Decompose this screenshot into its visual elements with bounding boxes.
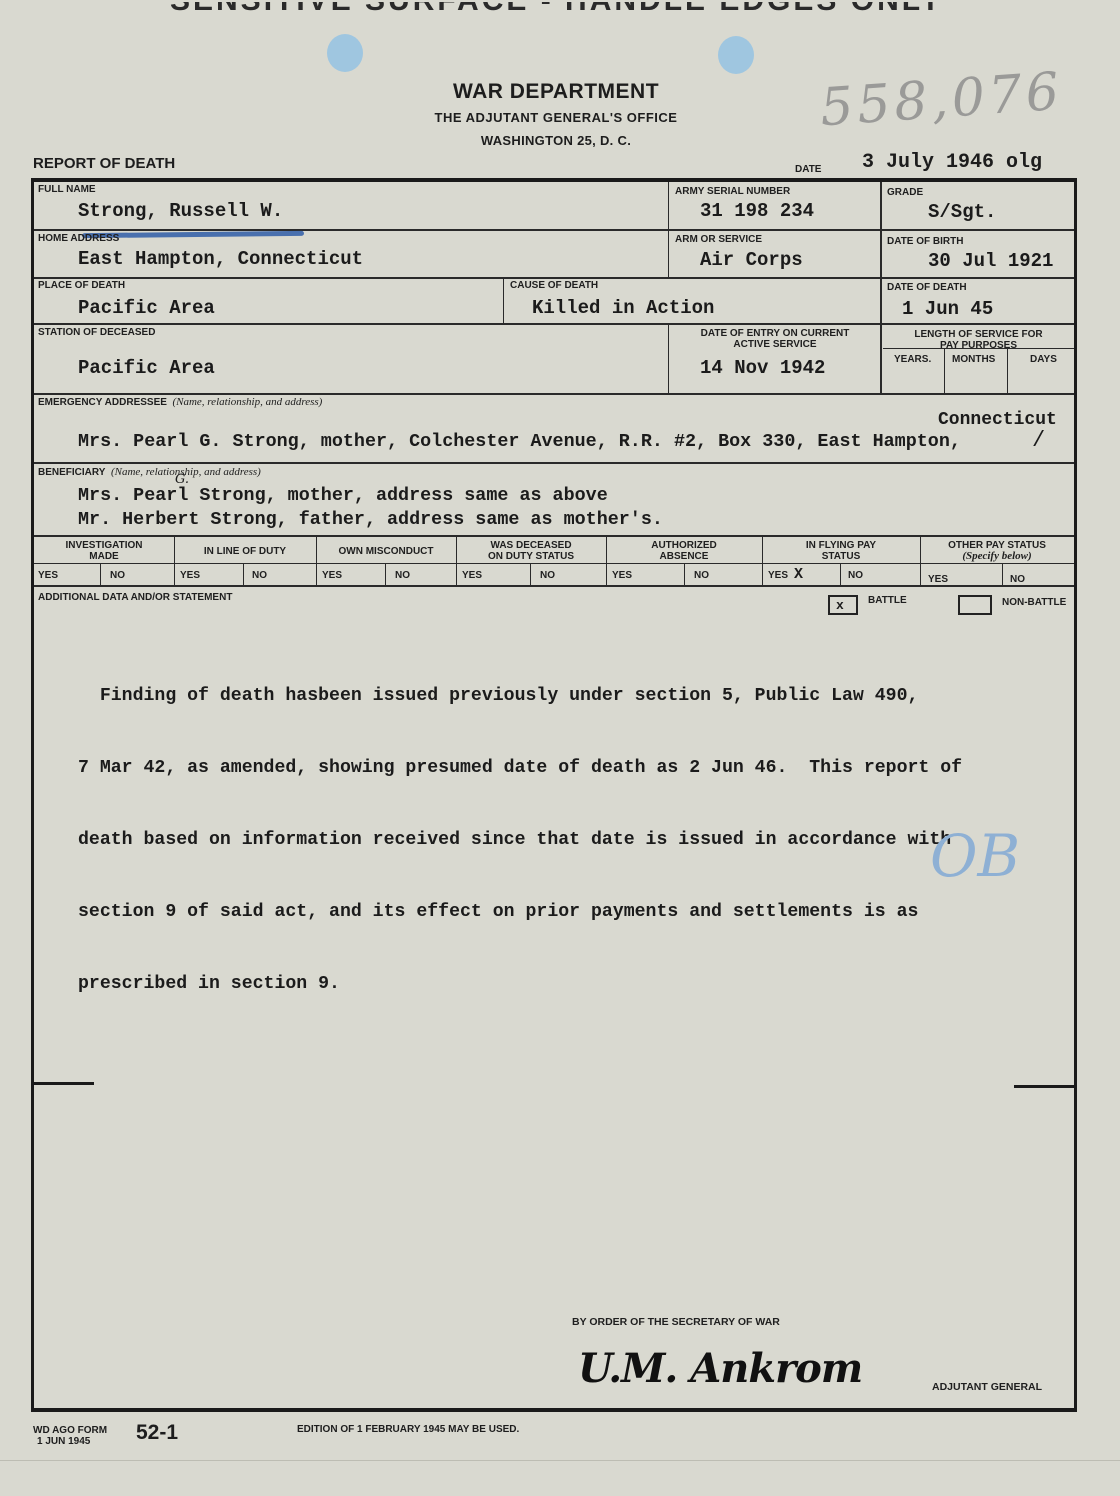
- cell-divider: [530, 564, 531, 585]
- date-label: DATE: [795, 164, 821, 175]
- file-number-handwritten: 558,076: [818, 62, 1065, 139]
- arm-service-value: Air Corps: [700, 249, 803, 271]
- form-id: WD AGO FORM 1 JUN 1945: [33, 1425, 107, 1447]
- serial-number-label: ARMY SERIAL NUMBER: [675, 186, 790, 197]
- duty-status-yes: YES: [462, 570, 482, 581]
- cell-divider: [840, 564, 841, 585]
- cell-divider: [684, 564, 685, 585]
- station-value: Pacific Area: [78, 357, 215, 379]
- additional-data-label: ADDITIONAL DATA AND/OR STATEMENT: [38, 592, 232, 603]
- station-label: STATION OF DECEASED: [38, 327, 155, 338]
- grade-label: GRADE: [887, 187, 923, 198]
- beneficiary-label: BENEFICIARY (Name, relationship, and add…: [38, 467, 261, 478]
- cell-divider: [385, 564, 386, 585]
- line-of-duty-yes: YES: [180, 570, 200, 581]
- page-edge-line: [0, 1460, 1120, 1461]
- battle-label: BATTLE: [868, 595, 907, 606]
- entry-date-label: DATE OF ENTRY ON CURRENT ACTIVE SERVICE: [670, 328, 880, 350]
- home-address-label: HOME ADDRESS: [38, 233, 119, 244]
- col-divider: [668, 182, 669, 277]
- length-of-service-label: LENGTH OF SERVICE FOR PAY PURPOSES: [883, 329, 1074, 351]
- row-divider: [34, 535, 1074, 537]
- battle-checkbox[interactable]: x: [828, 595, 858, 615]
- report-form: FULL NAME Strong, Russell W. ARMY SERIAL…: [31, 178, 1077, 1412]
- los-divider: [1007, 348, 1008, 393]
- beneficiary-line-1: Mrs. Pearl Strong, mother, address same …: [78, 485, 608, 506]
- other-pay-yes: YES: [928, 574, 948, 585]
- beneficiary-line-2: Mr. Herbert Strong, father, address same…: [78, 509, 663, 530]
- flying-pay-no: NO: [848, 570, 863, 581]
- flying-pay-header: IN FLYING PAYSTATUS: [762, 540, 920, 562]
- place-of-death-label: PLACE OF DEATH: [38, 280, 125, 291]
- cell-divider: [243, 564, 244, 585]
- authorized-absence-header: AUTHORIZEDABSENCE: [606, 540, 762, 562]
- signer-title: ADJUTANT GENERAL: [932, 1382, 1042, 1393]
- col-divider: [503, 277, 504, 323]
- punch-hole-left: [327, 34, 363, 72]
- emergency-address-insert: Connecticut: [938, 410, 1057, 430]
- flying-pay-yes-mark: X: [794, 566, 803, 583]
- col-divider: [880, 182, 882, 393]
- duty-status-header: WAS DECEASEDON DUTY STATUS: [456, 540, 606, 562]
- arm-service-label: ARM OR SERVICE: [675, 234, 762, 245]
- line-of-duty-header: IN LINE OF DUTY: [174, 546, 316, 557]
- fold-mark-left: [34, 1082, 94, 1085]
- row-divider: [34, 277, 1074, 279]
- place-of-death-value: Pacific Area: [78, 297, 215, 319]
- home-address-value: East Hampton, Connecticut: [78, 248, 363, 270]
- full-name-label: FULL NAME: [38, 184, 96, 195]
- misconduct-no: NO: [395, 570, 410, 581]
- dob-value: 30 Jul 1921: [928, 250, 1053, 272]
- grade-value: S/Sgt.: [928, 201, 996, 223]
- row-divider: [34, 393, 1074, 395]
- flying-pay-yes: YES: [768, 570, 788, 581]
- by-order-text: BY ORDER OF THE SECRETARY OF WAR: [572, 1317, 780, 1328]
- row-divider: [34, 563, 1074, 564]
- col-divider: [174, 537, 175, 585]
- duty-status-no: NO: [540, 570, 555, 581]
- signature: U.M. Ankrom: [578, 1345, 862, 1392]
- row-divider: [34, 462, 1074, 464]
- cause-of-death-value: Killed in Action: [532, 297, 714, 319]
- misconduct-header: OWN MISCONDUCT: [316, 546, 456, 557]
- non-battle-label: NON-BATTLE: [1002, 597, 1066, 608]
- handwritten-initials: OB: [930, 822, 1020, 890]
- form-title: REPORT OF DEATH: [33, 155, 175, 172]
- insert-caret-mark: /: [1032, 428, 1045, 453]
- cell-divider: [1002, 564, 1003, 585]
- misconduct-yes: YES: [322, 570, 342, 581]
- col-divider: [316, 537, 317, 585]
- line-of-duty-no: NO: [252, 570, 267, 581]
- date-of-death-label: DATE OF DEATH: [887, 282, 967, 293]
- col-divider: [668, 323, 669, 393]
- absence-no: NO: [694, 570, 709, 581]
- cell-divider: [100, 564, 101, 585]
- form-number: 52-1: [136, 1421, 178, 1445]
- serial-number-value: 31 198 234: [700, 200, 814, 222]
- absence-yes: YES: [612, 570, 632, 581]
- full-name-value: Strong, Russell W.: [78, 200, 283, 222]
- cause-of-death-label: CAUSE OF DEATH: [510, 280, 598, 291]
- investigation-yes: YES: [38, 570, 58, 581]
- emergency-addressee-value: Mrs. Pearl G. Strong, mother, Colchester…: [78, 431, 961, 452]
- statement-text: Finding of death hasbeen issued previous…: [78, 636, 962, 1044]
- months-label: MONTHS: [952, 354, 995, 365]
- entry-date-value: 14 Nov 1942: [700, 357, 825, 379]
- days-label: DAYS: [1030, 354, 1057, 365]
- other-pay-header: OTHER PAY STATUS(Specify below): [920, 540, 1074, 562]
- edition-note: EDITION OF 1 FEBRUARY 1945 MAY BE USED.: [297, 1424, 519, 1435]
- punch-hole-right: [718, 36, 754, 74]
- dob-label: DATE OF BIRTH: [887, 236, 963, 247]
- date-value: 3 July 1946 olg: [862, 151, 1042, 174]
- date-of-death-value: 1 Jun 45: [902, 298, 993, 320]
- emergency-addressee-label: EMERGENCY ADDRESSEE (Name, relationship,…: [38, 397, 322, 408]
- row-divider: [34, 323, 1074, 325]
- years-label: YEARS.: [894, 354, 931, 365]
- other-pay-no: NO: [1010, 574, 1025, 585]
- los-divider: [944, 348, 945, 393]
- non-battle-checkbox[interactable]: [958, 595, 992, 615]
- fold-mark-right: [1014, 1085, 1074, 1088]
- battle-check-mark: x: [836, 598, 844, 613]
- location-heading: WASHINGTON 25, D. C.: [0, 133, 1112, 148]
- investigation-no: NO: [110, 570, 125, 581]
- handling-stamp: SENSITIVE SURFACE - HANDLE EDGES ONLY: [170, 2, 940, 24]
- row-divider: [34, 585, 1074, 587]
- row-divider: [34, 229, 1074, 231]
- investigation-header: INVESTIGATIONMADE: [34, 540, 174, 562]
